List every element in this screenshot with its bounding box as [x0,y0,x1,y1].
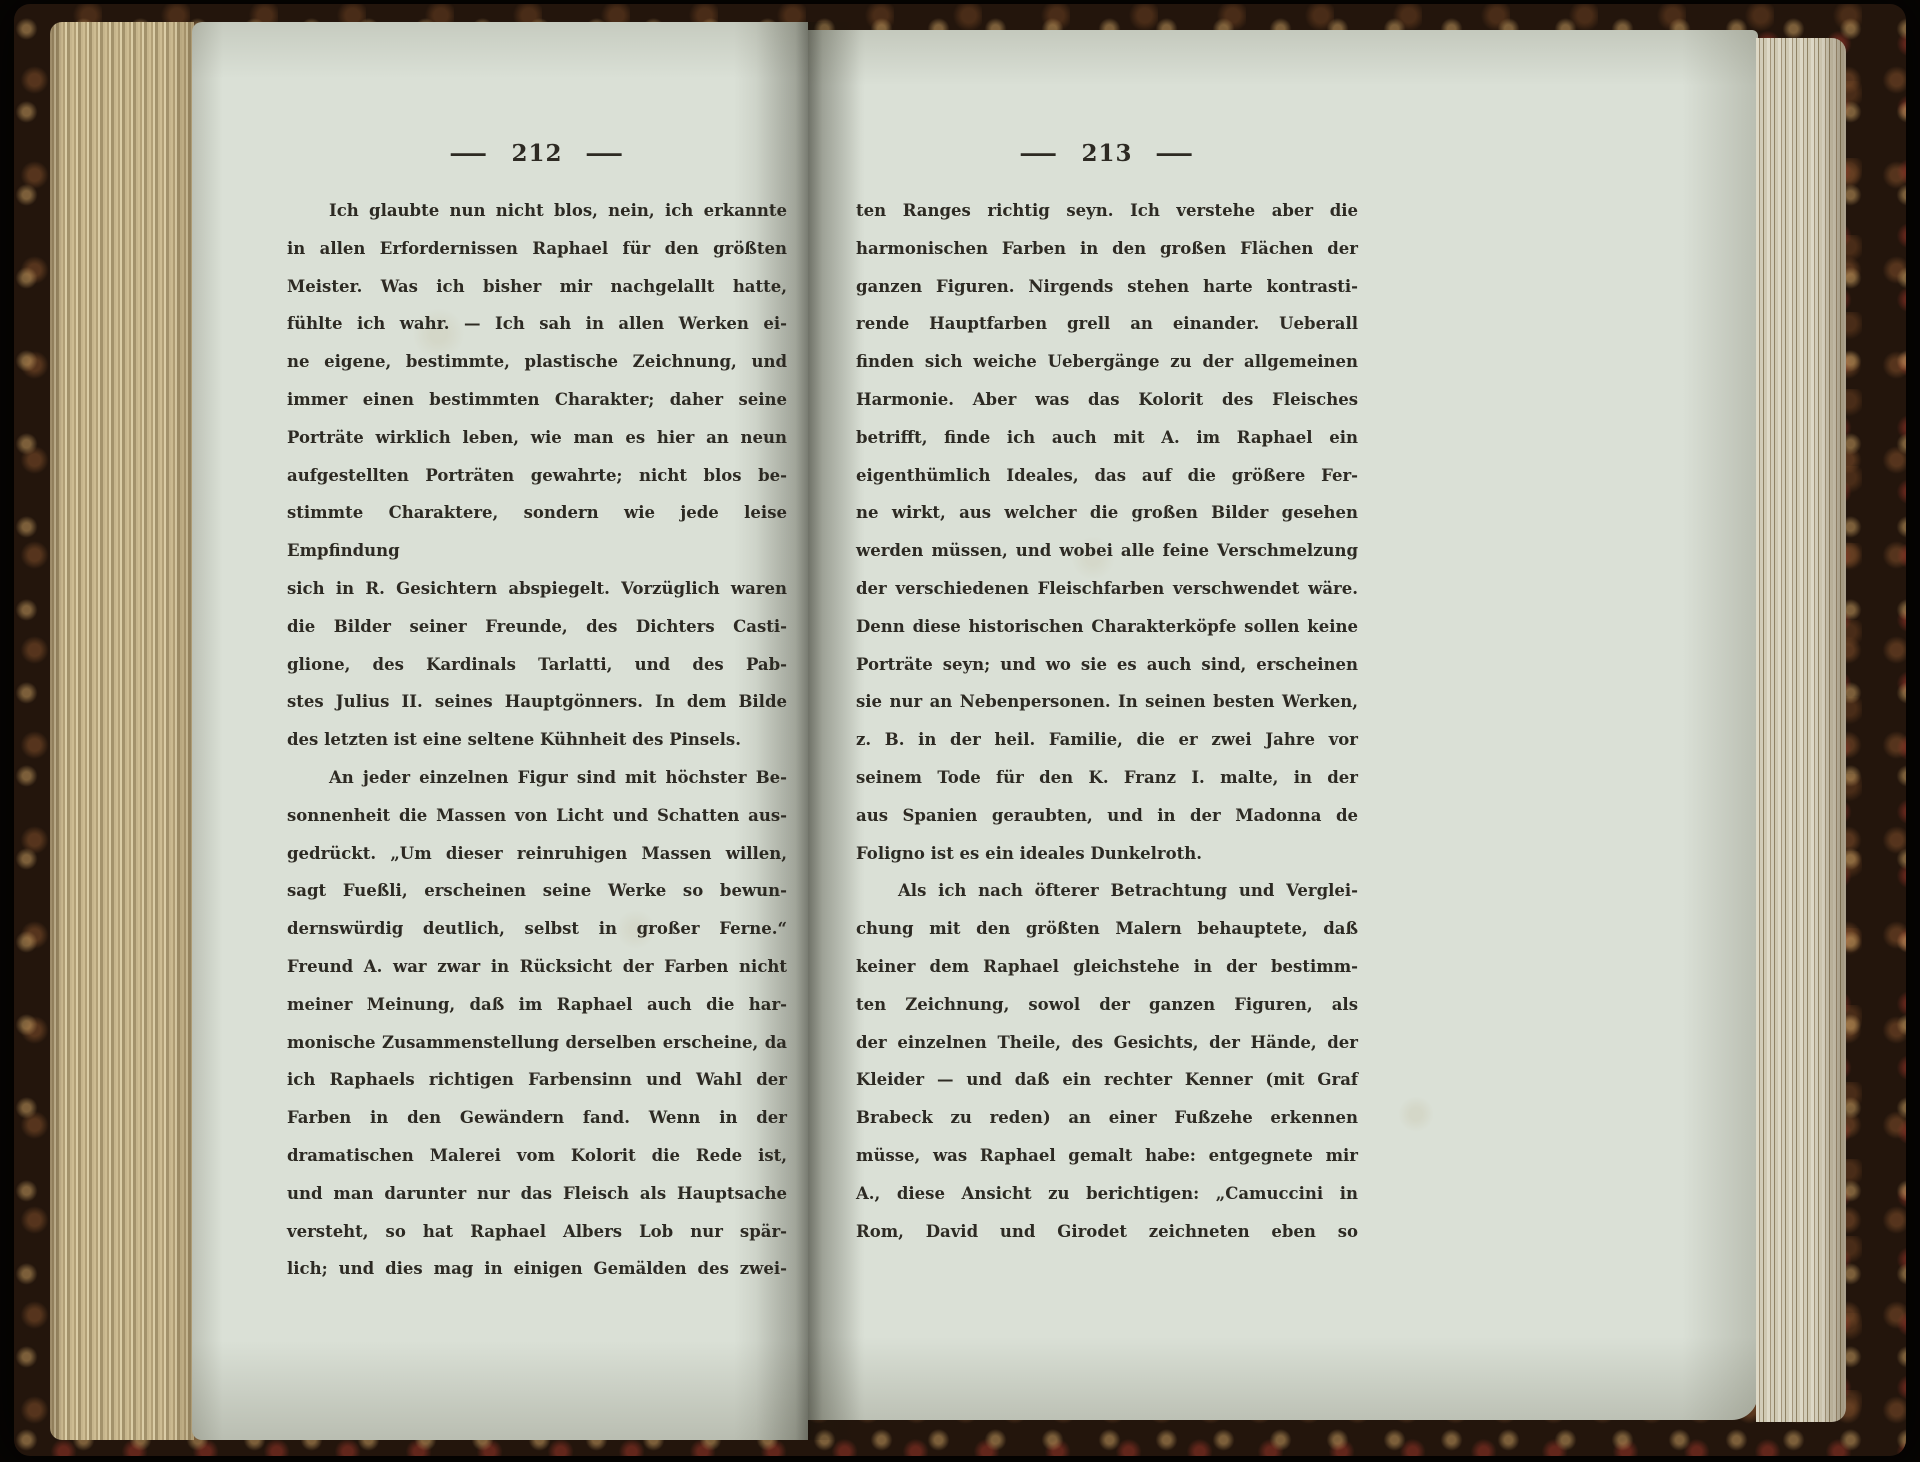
text-line: Farben in den Gewändern fand. Wenn in de… [287,1099,787,1137]
text-line: Porträte seyn; und wo sie es auch sind, … [856,646,1358,684]
text-line: Kleider — und daß ein rechter Kenner (mi… [856,1061,1358,1099]
text-line: Rom, David und Girodet zeichneten eben s… [856,1213,1358,1251]
text-line: aus Spanien geraubten, und in der Madonn… [856,797,1358,835]
left-page-header: — 212 — [287,136,787,170]
text-line: monische Zusammenstellung derselben ersc… [287,1024,787,1062]
text-line: der verschiedenen Fleischfarben verschwe… [856,570,1358,608]
text-line: versteht, so hat Raphael Albers Lob nur … [287,1213,787,1251]
text-line: Freund A. war zwar in Rücksicht der Farb… [287,948,787,986]
text-line: aufgestellten Porträten gewahrte; nicht … [287,457,787,495]
text-line: sonnenheit die Massen von Licht und Scha… [287,797,787,835]
text-line: eigenthümlich Ideales, das auf die größe… [856,457,1358,495]
text-line: rende Hauptfarben grell an einander. Ueb… [856,305,1358,343]
text-line: ne eigene, bestimmte, plastische Zeichnu… [287,343,787,381]
header-rule-left: — [1019,140,1060,167]
text-line: keiner dem Raphael gleichstehe in der be… [856,948,1358,986]
text-line: ten Zeichnung, sowol der ganzen Figuren,… [856,986,1358,1024]
text-line: seinem Tode für den K. Franz I. malte, i… [856,759,1358,797]
text-line: Meister. Was ich bisher mir nachgelallt … [287,268,787,306]
text-line: Brabeck zu reden) an einer Fußzehe erken… [856,1099,1358,1137]
text-line: Foligno ist es ein ideales Dunkelroth. [856,835,1358,873]
open-book-photo: — 212 — Ich glaubte nun nicht blos, nein… [0,0,1920,1462]
text-line: ten Ranges richtig seyn. Ich verstehe ab… [856,192,1358,230]
header-rule-right: — [584,140,625,167]
text-line: werden müssen, und wobei alle feine Vers… [856,532,1358,570]
text-line: glione, des Kardinals Tarlatti, und des … [287,646,787,684]
text-line: stes Julius II. seines Hauptgönners. In … [287,683,787,721]
page-edge-stack-right [1756,38,1846,1422]
text-line: ich Raphaels richtigen Farbensinn und Wa… [287,1061,787,1099]
left-page-text-block: — 212 — Ich glaubte nun nicht blos, nein… [287,136,787,1288]
text-line: meiner Meinung, daß im Raphael auch die … [287,986,787,1024]
text-line: immer einen bestimmten Charakter; daher … [287,381,787,419]
text-line: und man darunter nur das Fleisch als Hau… [287,1175,787,1213]
text-line: fühlte ich wahr. — Ich sah in allen Werk… [287,305,787,343]
header-rule-left: — [449,140,490,167]
right-page-header: — 213 — [856,136,1358,170]
page-fore-edge-left [50,22,194,1440]
text-line: dramatischen Malerei vom Kolorit die Red… [287,1137,787,1175]
text-line: sich in R. Gesichtern abspiegelt. Vorzüg… [287,570,787,608]
right-page-text-block: — 213 — ten Ranges richtig seyn. Ich ver… [856,136,1358,1250]
text-line: der einzelnen Theile, des Gesichts, der … [856,1024,1358,1062]
text-line: sie nur an Nebenpersonen. In seinen best… [856,683,1358,721]
text-line: des letzten ist eine seltene Kühnheit de… [287,721,787,759]
text-line: in allen Erfordernissen Raphael für den … [287,230,787,268]
text-line: An jeder einzelnen Figur sind mit höchst… [287,759,787,797]
text-line: z. B. in der heil. Familie, die er zwei … [856,721,1358,759]
right-page-number: 213 [1081,140,1132,167]
text-line: ganzen Figuren. Nirgends stehen harte ko… [856,268,1358,306]
text-line: gedrückt. „Um dieser reinruhigen Massen … [287,835,787,873]
text-line: chung mit den größten Malern behauptete,… [856,910,1358,948]
text-line: müsse, was Raphael gemalt habe: entgegne… [856,1137,1358,1175]
text-line: finden sich weiche Uebergänge zu der all… [856,343,1358,381]
text-line: betrifft, finde ich auch mit A. im Rapha… [856,419,1358,457]
left-page-body: Ich glaubte nun nicht blos, nein, ich er… [287,192,787,1288]
left-page-number: 212 [511,140,562,167]
text-line: ne wirkt, aus welcher die großen Bilder … [856,494,1358,532]
right-page-body: ten Ranges richtig seyn. Ich verstehe ab… [856,192,1358,1250]
text-line: die Bilder seiner Freunde, des Dichters … [287,608,787,646]
text-line: dernswürdig deutlich, selbst in großer F… [287,910,787,948]
text-line: sagt Fueßli, erscheinen seine Werke so b… [287,872,787,910]
text-line: Denn diese historischen Charakterköpfe s… [856,608,1358,646]
text-line: Ich glaubte nun nicht blos, nein, ich er… [287,192,787,230]
header-rule-right: — [1154,140,1195,167]
text-line: Als ich nach öfterer Betrachtung und Ver… [856,872,1358,910]
text-line: harmonischen Farben in den großen Fläche… [856,230,1358,268]
text-line: stimmte Charaktere, sondern wie jede lei… [287,494,787,570]
text-line: Porträte wirklich leben, wie man es hier… [287,419,787,457]
text-line: A., diese Ansicht zu berichtigen: „Camuc… [856,1175,1358,1213]
text-line: Harmonie. Aber was das Kolorit des Fleis… [856,381,1358,419]
text-line: lich; und dies mag in einigen Gemälden d… [287,1250,787,1288]
